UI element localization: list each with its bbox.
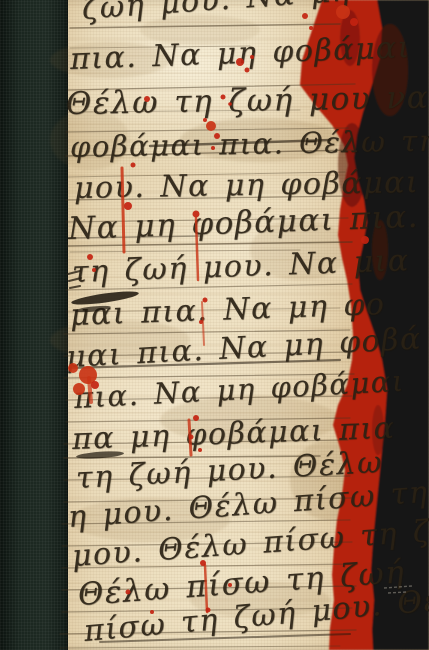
paint-splatter [309, 26, 313, 30]
ink-tick [68, 271, 80, 274]
paint-drip [122, 168, 124, 252]
paint-splatter [245, 68, 250, 73]
paint-splatter [198, 448, 202, 452]
paint-splatter [228, 583, 232, 587]
paint-splatter [361, 236, 369, 244]
paint-splatter [200, 560, 206, 566]
paint-splatter [150, 610, 154, 614]
paint-splatter [199, 320, 203, 324]
paint-splatter [211, 146, 215, 150]
paint-splatter [92, 268, 96, 272]
paint-splatter [206, 608, 211, 613]
paint-splatter [126, 590, 131, 595]
ink-smear [71, 289, 140, 307]
paint-splatter [221, 95, 226, 100]
paint-splatter [206, 121, 216, 131]
ink-tick [70, 286, 80, 288]
paint-drip [205, 565, 207, 612]
paint-splatter [350, 18, 358, 26]
paint-splatter [302, 13, 308, 19]
paint-splatter [336, 5, 350, 19]
paint-splatter [203, 298, 208, 303]
ink-smear [75, 305, 111, 314]
paint-splatter [87, 254, 93, 260]
paint-drip [196, 218, 198, 280]
paint-splatter [250, 55, 254, 59]
scratch-marks [384, 586, 412, 593]
paint-splatter [91, 381, 99, 389]
paint-splatter [193, 211, 200, 218]
paint-splatter [228, 102, 232, 106]
paint-splatter [203, 118, 207, 122]
ink-smear [76, 450, 124, 460]
scratch-mark [384, 586, 412, 588]
scratch-mark [388, 592, 406, 593]
ink-smears [68, 271, 139, 460]
ink-tick [69, 278, 81, 281]
red-paint-marks [68, 5, 369, 614]
paint-splatter [189, 435, 194, 440]
paint-splatter-layer [0, 0, 429, 650]
paint-splatter [193, 415, 199, 421]
paint-splatter [236, 58, 244, 66]
book-cover-photo: ζωή μου. Να μηπια. Να μη φοβάμαιΘέλω τη … [0, 0, 429, 650]
paint-splatter [214, 133, 220, 139]
paint-splatter [68, 363, 78, 373]
paint-splatter [73, 383, 85, 395]
paint-splatter [124, 202, 132, 210]
paint-splatter [131, 163, 136, 168]
paint-splatter [144, 96, 150, 102]
